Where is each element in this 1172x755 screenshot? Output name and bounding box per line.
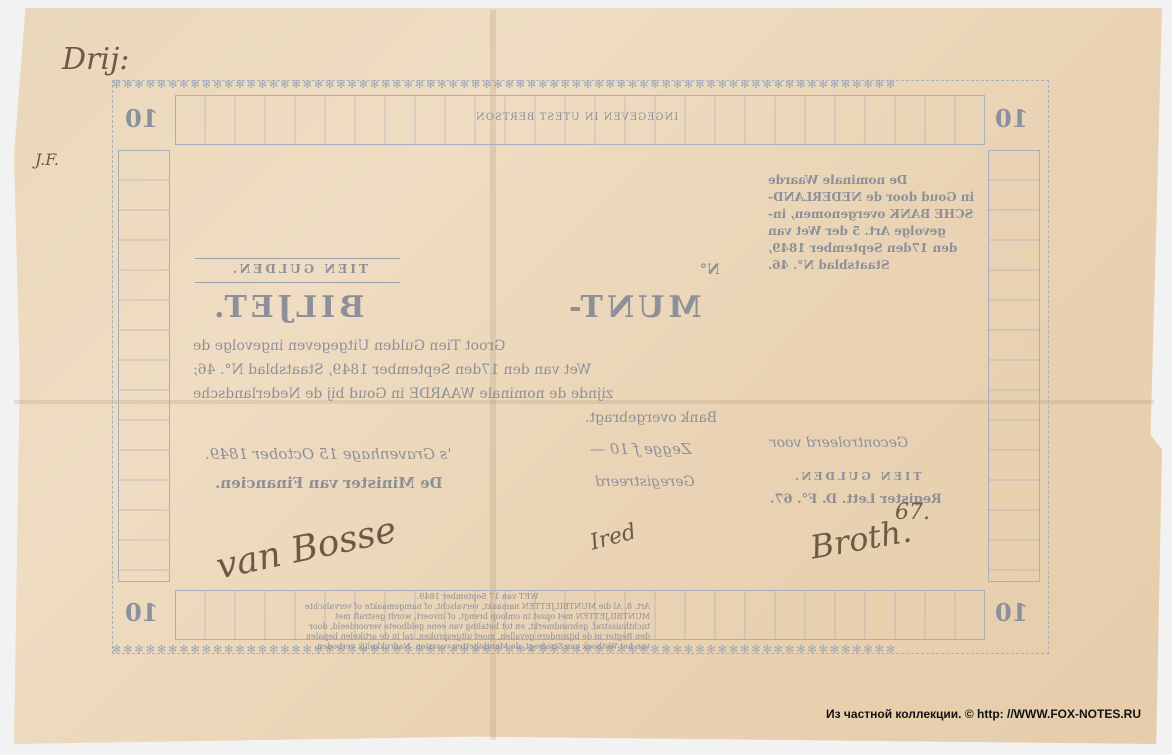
denomination-top-right: 10 [995,104,1028,133]
header-rule-top [195,258,400,259]
handwriting-top-left: Drij: [62,42,129,77]
collection-watermark: Из частной коллекции. © http: //WWW.FOX-… [826,707,1141,721]
law-text-block: WET van 17 September 1849. Art. 8. Al di… [305,592,650,652]
text-line-1: Groot Tien Gulden Uitgegeven ingevolge d… [193,338,505,354]
denomination-top-left: 10 [125,104,158,133]
denomination-bottom-left: 10 [125,598,158,627]
header-rule-bottom [195,282,400,283]
text-line-2: Wet van den 17den September 1849, Staats… [193,362,591,378]
handwritten-number: 67. [895,500,930,525]
text-line-4: Bank overgebragt. [585,410,717,426]
handwriting-initials: J.F. [35,150,59,169]
top-border-text: INGEGEVEN IN UTEST BERTSON [475,112,678,123]
header-tien-gulden: TIEN GULDEN. [230,262,368,276]
place-date: 's Gravenhage 15 October 1849. [205,445,452,463]
right-tien-gulden: TIEN GULDEN. [792,470,921,483]
title-munt: MUNT- [565,290,702,325]
ornament-band-right [988,150,1040,582]
title-biljet: BILJET. [210,290,364,325]
minister-label: De Minister van Financien. [215,474,443,492]
star-border-top: ✻✻✻✻✻✻✻✻✻✻✻✻✻✻✻✻✻✻✻✻✻✻✻✻✻✻✻✻✻✻✻✻✻✻✻✻✻✻✻✻… [112,78,1047,91]
right-block-text: De nominale Waarde in Goud door de NEDER… [768,172,974,274]
text-line-3: zijnde de nominale WAARDE in Goud bij de… [193,386,613,402]
amount-zegge: Zegge ƒ 10 — [590,440,691,458]
ornament-band-left [118,150,170,582]
number-label: N° [700,262,720,278]
gecontroleerd-label: Gecontroleerd voor [770,435,908,451]
geregistreerd-label: Geregistreerd [595,474,695,490]
denomination-bottom-right: 10 [995,598,1028,627]
